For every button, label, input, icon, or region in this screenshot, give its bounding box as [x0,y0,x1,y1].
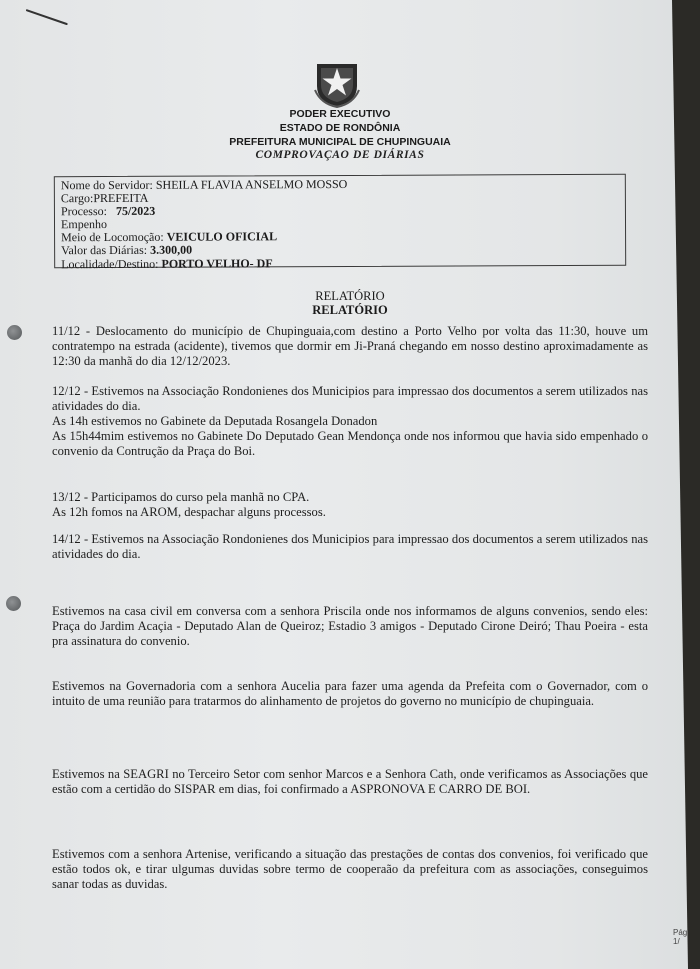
report-paragraph-governadoria: Estivemos na Governadoria com a senhora … [52,679,648,709]
paragraph-line: 12/12 - Estivemos na Associação Rondonie… [52,384,648,414]
report-paragraph-casa-civil: Estivemos na casa civil em conversa com … [52,604,648,649]
paragraph-line: Estivemos na SEAGRI no Terceiro Setor co… [52,767,648,797]
paragraph-line: As 12h fomos na AROM, despachar alguns p… [52,505,648,520]
document-page: PODER EXECUTIVO ESTADO DE RONDÔNIA PREFE… [0,0,688,969]
header-line-municipality: PREFEITURA MUNICIPAL DE CHUPINGUAIA [190,136,490,149]
report-paragraph-1212: 12/12 - Estivemos na Associação Rondonie… [52,384,648,459]
server-info-box: Nome do Servidor: SHEILA FLAVIA ANSELMO … [54,174,626,268]
report-paragraph-seagri: Estivemos na SEAGRI no Terceiro Setor co… [52,767,648,797]
servidor-value: SHEILA FLAVIA ANSELMO MOSSO [156,177,348,192]
destino-value: PORTO VELHO- DF [161,256,272,270]
paragraph-line: 14/12 - Estivemos na Associação Rondonie… [52,532,648,562]
pen-mark [26,9,68,25]
document-subtitle: COMPROVAÇAO DE DIÁRIAS [190,149,490,161]
paragraph-line: 11/12 - Deslocamento do município de Chu… [52,324,648,369]
report-title-bold: RELATÓRIO [250,303,450,318]
paragraph-line: 13/12 - Participamos do curso pela manhã… [52,490,648,505]
cargo-value: PREFEITA [93,191,148,205]
processo-label: Processo: [61,204,116,218]
valor-value: 3.300,00 [150,243,192,257]
punch-hole-icon [7,325,22,340]
header-line-state: ESTADO DE RONDÔNIA [190,122,490,135]
punch-hole-icon [6,596,21,611]
header-line-executive: PODER EXECUTIVO [190,108,490,121]
cargo-label: Cargo: [61,191,94,205]
coat-of-arms-icon [311,56,363,108]
report-paragraph-artenise: Estivemos com a senhora Artenise, verifi… [52,847,648,892]
destino-row: Localidade/Destino: PORTO VELHO- DF [61,255,625,271]
locomocao-value: VEICULO OFICIAL [167,230,277,244]
destino-label: Localidade/Destino: [61,256,161,270]
report-paragraph-1412: 14/12 - Estivemos na Associação Rondonie… [52,532,648,562]
paragraph-line: Estivemos com a senhora Artenise, verifi… [52,847,648,892]
report-title: RELATÓRIO [250,289,450,304]
processo-value: 75/2023 [116,204,155,218]
report-paragraph-1112: 11/12 - Deslocamento do município de Chu… [52,324,648,369]
paragraph-line: As 15h44mim estivemos no Gabinete Do Dep… [52,429,648,459]
paragraph-line: As 14h estivemos no Gabinete da Deputada… [52,414,648,429]
paragraph-line: Estivemos na casa civil em conversa com … [52,604,648,649]
paragraph-line: Estivemos na Governadoria com a senhora … [52,679,648,709]
report-paragraph-1312: 13/12 - Participamos do curso pela manhã… [52,490,648,520]
page-number: Pág. 1/ [673,928,689,946]
